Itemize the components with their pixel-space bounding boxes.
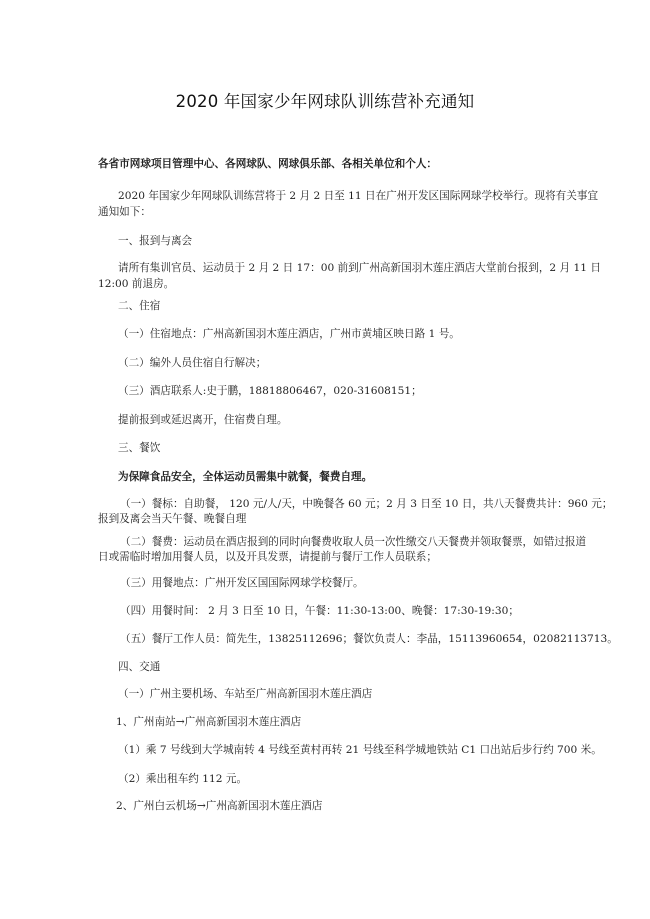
dining-item-standard-line-1: （一）餐标：自助餐， 120 元/人/天，中晚餐各 60 元；2 月 3 日至 …: [120, 496, 612, 512]
section-heading-registration: 一、报到与离会: [118, 233, 192, 249]
route-south-station-title: 1、广州南站→广州高新国羽木莲庄酒店: [116, 714, 301, 730]
accommodation-item-extra-staff: （二）编外人员住宿自行解决；: [118, 355, 266, 371]
intro-line-1: 2020 年国家少年网球队训练营将于 2 月 2 日至 11 日在广州开发区国际…: [118, 188, 598, 204]
accommodation-note: 提前报到或延迟离开，住宿费自理。: [118, 412, 288, 428]
route-airport-title: 2、广州白云机场→广州高新国羽木莲庄酒店: [116, 798, 322, 814]
salutation: 各省市网球项目管理中心、各网球队、网球俱乐部、各相关单位和个人：: [98, 156, 437, 172]
section-heading-dining: 三、餐饮: [118, 440, 160, 456]
dining-intro: 为保障食品安全，全体运动员需集中就餐，餐费自理。: [118, 469, 372, 485]
section-heading-transport: 四、交通: [118, 659, 160, 675]
transport-subheading: （一）广州主要机场、车站至广州高新国羽木莲庄酒店: [118, 686, 372, 702]
section-heading-accommodation: 二、住宿: [118, 298, 160, 314]
dining-item-staff: （五）餐厅工作人员：简先生，13825112696；餐饮负责人：李晶，15113…: [120, 631, 618, 647]
dining-item-fee-line-1: （二）餐费：运动员在酒店报到的同时向餐费收取人员一次性缴交八天餐费并领取餐票，如…: [120, 534, 586, 550]
dining-item-location: （三）用餐地点：广州开发区国国际网球学校餐厅。: [120, 575, 364, 591]
accommodation-item-location: （一）住宿地点：广州高新国羽木莲庄酒店，广州市黄埔区映日路 1 号。: [118, 326, 460, 342]
document-title: 2020 年国家少年网球队训练营补充通知: [0, 88, 650, 112]
registration-paragraph-line-1: 请所有集训官员、运动员于 2 月 2 日 17：00 前到广州高新国羽木莲庄酒店…: [118, 260, 601, 276]
dining-item-fee-line-2: 日或需临时增加用餐人员，以及开具发票，请提前与餐厅工作人员联系；: [98, 549, 437, 565]
dining-item-time: （四）用餐时间： 2 月 3 日至 10 日，午餐：11:30-13:00、晚餐…: [120, 603, 519, 619]
route-south-station-option-metro: （1）乘 7 号线到大学城南转 4 号线至黄村再转 21 号线至科学城地铁站 C…: [118, 742, 602, 758]
dining-item-standard-line-2: 报到及离会当天午餐、晚餐自理: [98, 511, 246, 527]
intro-line-2: 通知如下：: [98, 204, 151, 220]
registration-paragraph-line-2: 12:00 前退房。: [98, 276, 174, 292]
accommodation-item-contact: （三）酒店联系人:史于鹏，18818806467，020-31608151；: [118, 383, 422, 399]
document-page: 2020 年国家少年网球队训练营补充通知 各省市网球项目管理中心、各网球队、网球…: [0, 0, 650, 919]
route-south-station-option-taxi: （2）乘出租车约 112 元。: [118, 771, 247, 787]
